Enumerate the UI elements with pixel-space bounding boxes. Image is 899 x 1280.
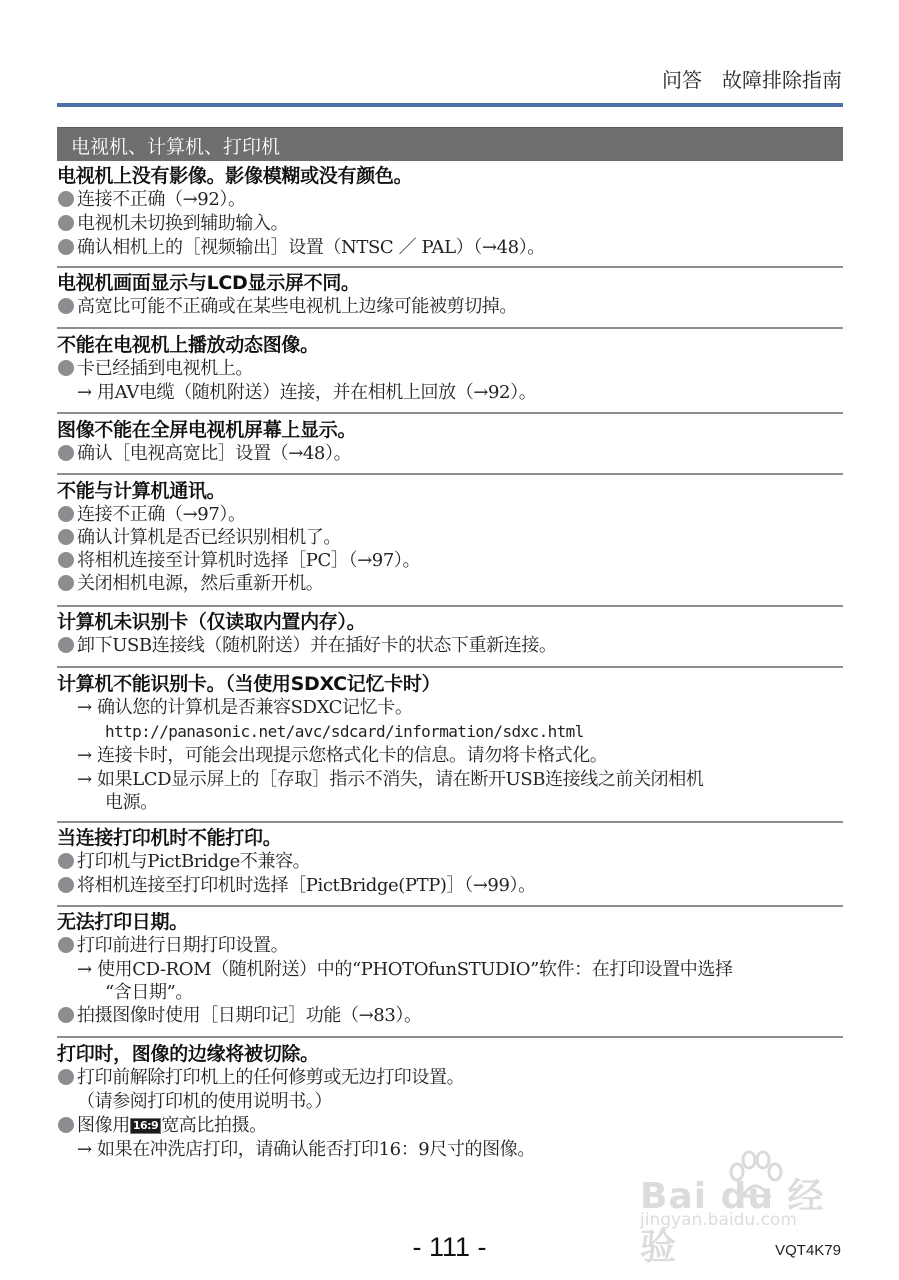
- faq-section: 图像不能在全屏电视机屏幕上显示。 确认［电视高宽比］设置（→48）。: [57, 418, 843, 466]
- faq-answer-line: 打印前解除打印机上的任何修剪或无边打印设置。: [57, 1066, 843, 1090]
- faq-answer-line: 电视机未切换到辅助输入。: [57, 212, 843, 236]
- section-divider: [57, 905, 843, 907]
- watermark-url: jingyan.baidu.com: [640, 1210, 797, 1230]
- faq-answer-line: 确认［电视高宽比］设置（→48）。: [57, 442, 843, 466]
- faq-answer-line: 卸下USB连接线（随机附送）并在插好卡的状态下重新连接。: [57, 634, 843, 658]
- bullet-icon: [58, 529, 74, 545]
- faq-answer-line: 高宽比可能不正确或在某些电视机上边缘可能被剪切掉。: [57, 295, 843, 319]
- faq-question: 不能与计算机通讯。: [57, 479, 843, 503]
- bullet-icon: [58, 853, 74, 869]
- faq-answer-line: 图像用16:9宽高比拍摄。: [57, 1114, 843, 1138]
- faq-section: 无法打印日期。 打印前进行日期打印设置。 → 使用CD-ROM（随机附送）中的“…: [57, 910, 843, 1028]
- section-divider: [57, 327, 843, 329]
- bullet-icon: [58, 877, 74, 893]
- chapter-bar: 电视机、计算机、打印机: [57, 127, 843, 161]
- section-divider: [57, 412, 843, 414]
- bullet-icon: [58, 1007, 74, 1023]
- section-divider: [57, 1036, 843, 1038]
- faq-question: 当连接打印机时不能打印。: [57, 826, 843, 850]
- bullet-icon: [58, 445, 74, 461]
- bullet-icon: [58, 298, 74, 314]
- faq-answer-line: 连接不正确（→97）。: [57, 503, 843, 526]
- bullet-icon: [58, 1069, 74, 1085]
- faq-question: 电视机画面显示与LCD显示屏不同。: [57, 271, 843, 295]
- bullet-icon: [58, 575, 74, 591]
- faq-question: 打印时，图像的边缘将被切除。: [57, 1042, 843, 1066]
- faq-question: 电视机上没有影像。影像模糊或没有颜色。: [57, 164, 843, 188]
- faq-answer-line: 关闭相机电源，然后重新开机。: [57, 572, 843, 595]
- bullet-icon: [58, 191, 74, 207]
- page-header-title: 问答 故障排除指南: [662, 64, 842, 93]
- faq-question: 计算机未识别卡（仅读取内置内存）。: [57, 610, 843, 634]
- faq-question: 计算机不能识别卡。（当使用SDXC记忆卡时）: [57, 672, 843, 696]
- faq-answer-note: （请参阅打印机的使用说明书。）: [57, 1090, 843, 1114]
- bullet-icon: [58, 215, 74, 231]
- header-rule: [57, 103, 843, 107]
- faq-answer-arrow-line: → 确认您的计算机是否兼容SDXC记忆卡。: [57, 696, 843, 720]
- faq-answer-arrow-line: → 如果LCD显示屏上的［存取］指示不消失，请在断开USB连接线之前关闭相机: [57, 768, 843, 792]
- faq-answer-line: 连接不正确（→92）。: [57, 188, 843, 212]
- aspect-ratio-16-9-icon: 16:9: [130, 1118, 161, 1134]
- faq-answer-arrow-line: → 连接卡时，可能会出现提示您格式化卡的信息。请勿将卡格式化。: [57, 744, 843, 768]
- faq-section: 不能在电视机上播放动态图像。 卡已经插到电视机上。 → 用AV电缆（随机附送）连…: [57, 333, 843, 405]
- section-divider: [57, 473, 843, 475]
- faq-answer-line: 拍摄图像时使用［日期印记］功能（→83）。: [57, 1004, 843, 1028]
- section-divider: [57, 666, 843, 668]
- faq-question: 图像不能在全屏电视机屏幕上显示。: [57, 418, 843, 442]
- faq-section: 当连接打印机时不能打印。 打印机与PictBridge不兼容。 将相机连接至打印…: [57, 826, 843, 898]
- faq-section: 计算机未识别卡（仅读取内置内存）。 卸下USB连接线（随机附送）并在插好卡的状态…: [57, 610, 843, 658]
- faq-answer-line: 将相机连接至计算机时选择［PC］（→97）。: [57, 549, 843, 572]
- section-divider: [57, 605, 843, 607]
- faq-section: 计算机不能识别卡。（当使用SDXC记忆卡时） → 确认您的计算机是否兼容SDXC…: [57, 672, 843, 814]
- faq-answer-line: 确认相机上的［视频输出］设置（NTSC ／ PAL）（→48）。: [57, 236, 843, 260]
- bullet-icon: [58, 239, 74, 255]
- section-divider: [57, 266, 843, 268]
- faq-answer-line: 打印机与PictBridge不兼容。: [57, 850, 843, 874]
- section-divider: [57, 821, 843, 823]
- document-code: VQT4K79: [775, 1242, 841, 1259]
- baidu-watermark: Bai du 经验 jingyan.baidu.com: [640, 1150, 850, 1240]
- faq-section: 电视机画面显示与LCD显示屏不同。 高宽比可能不正确或在某些电视机上边缘可能被剪…: [57, 271, 843, 319]
- bullet-icon: [58, 937, 74, 953]
- faq-section: 电视机上没有影像。影像模糊或没有颜色。 连接不正确（→92）。 电视机未切换到辅…: [57, 164, 843, 260]
- bullet-icon: [58, 552, 74, 568]
- faq-answer-line: 打印前进行日期打印设置。: [57, 934, 843, 958]
- faq-section: 不能与计算机通讯。 连接不正确（→97）。 确认计算机是否已经识别相机了。 将相…: [57, 479, 843, 595]
- faq-answer-arrow-line: → 用AV电缆（随机附送）连接，并在相机上回放（→92）。: [57, 381, 843, 405]
- faq-answer-line: 将相机连接至打印机时选择［PictBridge(PTP)］（→99）。: [57, 874, 843, 898]
- bullet-icon: [58, 360, 74, 376]
- faq-answer-continuation: 电源。: [57, 792, 843, 814]
- support-url-link[interactable]: http://panasonic.net/avc/sdcard/informat…: [57, 720, 843, 744]
- faq-question: 不能在电视机上播放动态图像。: [57, 333, 843, 357]
- bullet-icon: [58, 506, 74, 522]
- faq-answer-line: 确认计算机是否已经识别相机了。: [57, 526, 843, 549]
- faq-answer-arrow-line: → 使用CD-ROM（随机附送）中的“PHOTOfunSTUDIO”软件：在打印…: [57, 958, 843, 982]
- faq-question: 无法打印日期。: [57, 910, 843, 934]
- chapter-title: 电视机、计算机、打印机: [71, 132, 280, 159]
- faq-answer-line: 卡已经插到电视机上。: [57, 357, 843, 381]
- page-number: - 111 -: [0, 1232, 899, 1263]
- bullet-icon: [58, 1117, 74, 1133]
- faq-section: 打印时，图像的边缘将被切除。 打印前解除打印机上的任何修剪或无边打印设置。 （请…: [57, 1042, 843, 1162]
- bullet-icon: [58, 637, 74, 653]
- faq-answer-continuation: “含日期”。: [57, 982, 843, 1004]
